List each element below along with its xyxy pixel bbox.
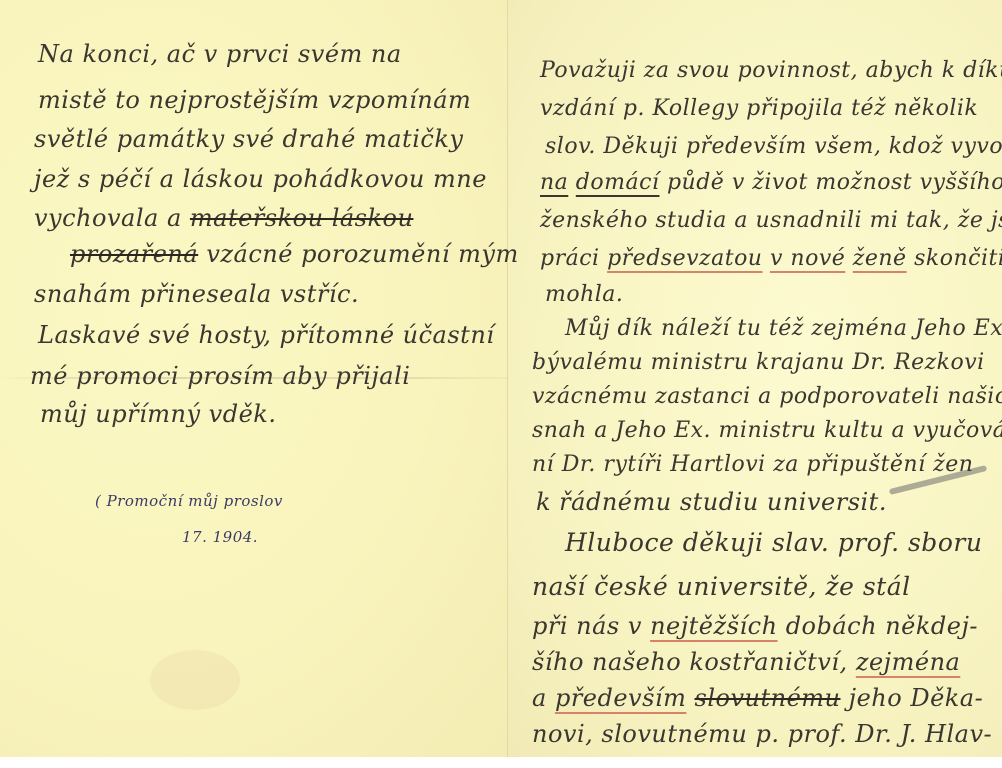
text-line: vzdání p. Kollegy připojila též několik — [540, 96, 978, 121]
underlined-text: na — [540, 170, 568, 195]
text-line: prozařená vzácné porozumění mým — [70, 240, 519, 268]
paper-stain — [150, 650, 240, 710]
text-line: Můj dík náleží tu též zejména Jeho Ex. — [565, 316, 1002, 341]
struck-text: prozařená — [70, 240, 198, 268]
text-line: naší české universitě, že stál — [532, 572, 911, 601]
red-underlined-text: předsevzatou — [607, 246, 762, 271]
text-line: Hluboce děkuji slav. prof. sboru — [565, 528, 982, 557]
text-line: snahám přineseala vstříc. — [34, 280, 359, 308]
red-underlined-text: ženě — [853, 246, 907, 271]
text-line: Považuji za svou povinnost, abych k díku… — [540, 58, 1002, 83]
text-fragment: jeho Děka- — [849, 684, 984, 712]
red-underlined-text: především — [555, 684, 686, 712]
text-line: na domácí půdě v život možnost vyššího — [540, 170, 1002, 195]
text-line: snah a Jeho Ex. ministru kultu a vyučová… — [532, 418, 1002, 443]
text-line: ženského studia a usnadnili mi tak, že j… — [540, 208, 1002, 233]
text-line: a především slovutnému jeho Děka- — [532, 684, 983, 712]
text-line: Na konci, ač v prvci svém na — [38, 40, 402, 68]
text-line: mé promoci prosím aby přijali — [30, 362, 410, 390]
text-fragment: půdě v život možnost vyššího — [667, 170, 1002, 195]
text-fragment: skončiti — [914, 246, 1002, 271]
text-line: můj upřímný vděk. — [40, 400, 276, 428]
text-fragment: vzácné porozumění mým — [206, 240, 518, 268]
red-underlined-text: v nové — [770, 246, 845, 271]
text-line: slov. Děkuji především všem, kdož vyvola… — [545, 134, 1002, 159]
struck-text: slovutnému — [695, 684, 841, 712]
text-line: mistě to nejprostějším vzpomínám — [38, 86, 471, 114]
struck-text: mateřskou láskou — [190, 204, 414, 232]
text-line: jež s péčí a láskou pohádkovou mne — [34, 165, 487, 193]
text-line: Laskavé své hosty, přítomné účastní — [38, 321, 494, 349]
text-line: práci předsevzatou v nové ženě skončiti — [540, 246, 1002, 271]
signature-note: ( Promoční můj proslov — [95, 492, 283, 510]
text-line: vzácnému zastanci a podporovateli našich — [532, 384, 1002, 409]
text-fragment: a — [532, 684, 547, 712]
text-line: ní Dr. rytíři Hartlovi za připuštění žen — [532, 452, 973, 477]
text-line: bývalému ministru krajanu Dr. Rezkovi — [532, 350, 985, 375]
text-fragment: práci — [540, 246, 600, 271]
text-fragment: dobách někdej- — [786, 612, 978, 640]
text-fragment: vychovala a — [34, 204, 182, 232]
text-fragment: šího našeho kostřaničtví, — [532, 648, 848, 676]
text-line: šího našeho kostřaničtví, zejména — [532, 648, 960, 676]
red-underlined-text: nejtěžších — [650, 612, 777, 640]
text-line: mohla. — [545, 282, 623, 307]
signature-date: 17. 1904. — [182, 528, 258, 546]
text-line: vychovala a mateřskou láskou — [34, 204, 413, 232]
text-fragment: při nás v — [532, 612, 642, 640]
text-line: k řádnému studiu universit. — [536, 488, 887, 516]
underlined-text: domácí — [576, 170, 660, 195]
text-line: světlé památky své drahé matičky — [34, 125, 463, 153]
text-line: při nás v nejtěžších dobách někdej- — [532, 612, 978, 640]
red-underlined-text: zejména — [856, 648, 961, 676]
text-line: novi, slovutnému p. prof. Dr. J. Hlav- — [532, 720, 992, 748]
